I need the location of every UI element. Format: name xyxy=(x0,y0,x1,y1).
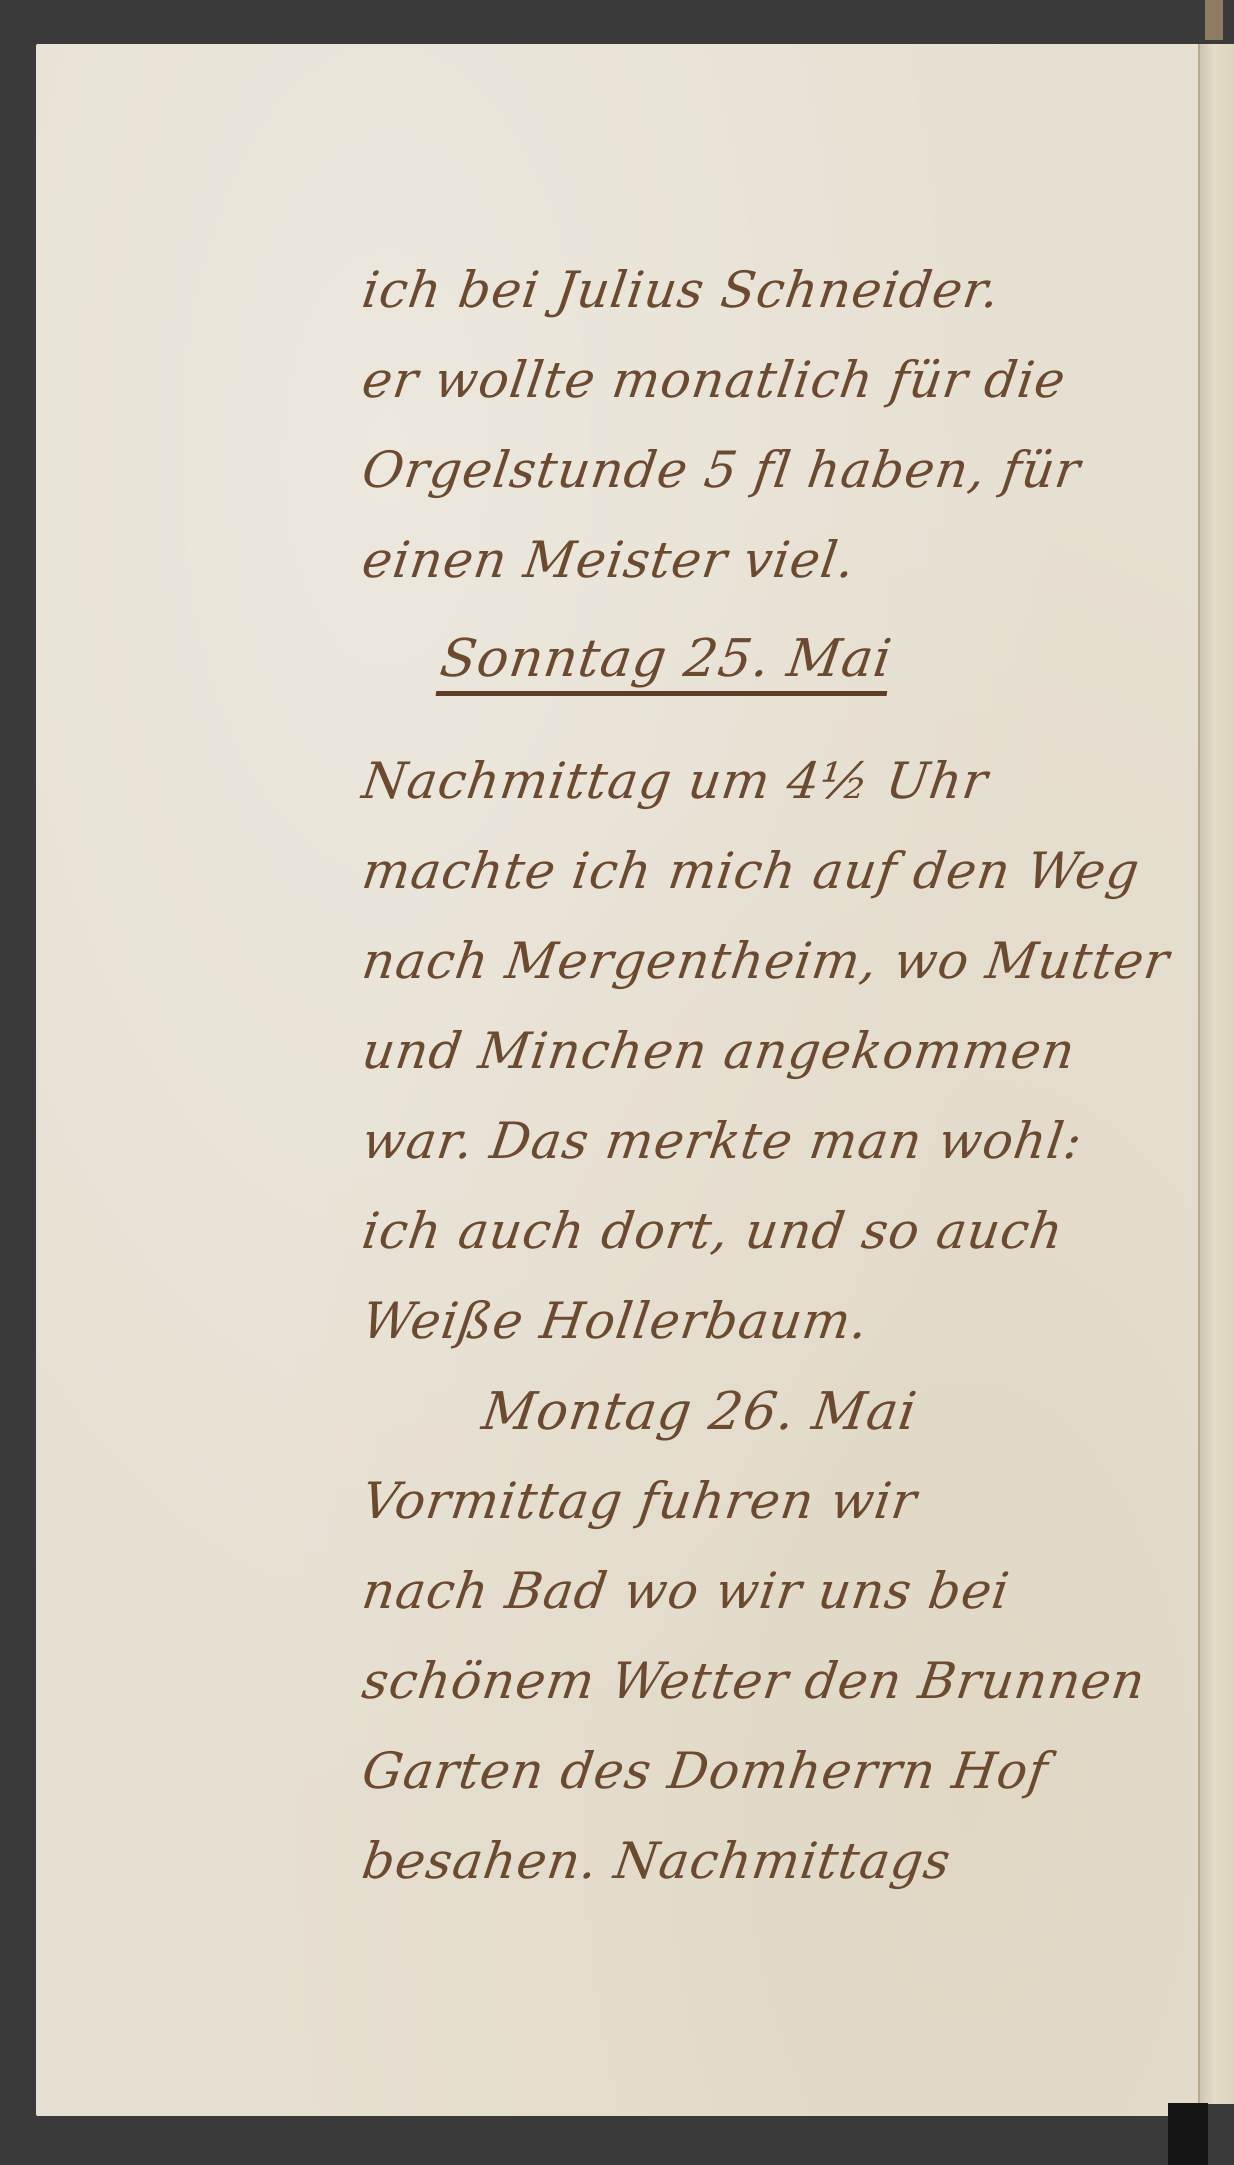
text-line: Vormittag fuhren wir xyxy=(354,1476,1147,1566)
entry-monday-26-may: Montag 26. Mai Vormittag fuhren wir nach… xyxy=(360,1386,1140,1926)
text-line: Orgelstunde 5 fl haben, für xyxy=(354,445,1147,535)
entry-heading: Sonntag 25. Mai xyxy=(436,633,896,696)
text-line: einen Meister viel. xyxy=(354,535,1147,625)
entry-continuation: ich bei Julius Schneider. er wollte mona… xyxy=(360,265,1140,625)
page-fold-edge xyxy=(1198,44,1234,2104)
binding-bottom xyxy=(1168,2103,1208,2165)
text-line: machte ich mich auf den Weg xyxy=(354,846,1147,936)
text-line: war. Das merkte man wohl: xyxy=(354,1116,1147,1206)
text-line: Garten des Domherrn Hof xyxy=(354,1746,1147,1836)
text-line: schönem Wetter den Brunnen xyxy=(354,1656,1147,1746)
text-line: besahen. Nachmittags xyxy=(354,1836,1147,1926)
binding-top xyxy=(1205,0,1223,40)
text-line: nach Bad wo wir uns bei xyxy=(354,1566,1147,1656)
text-line: Nachmittag um 4½ Uhr xyxy=(354,756,1147,846)
text-line: ich bei Julius Schneider. xyxy=(354,265,1147,355)
text-line: er wollte monatlich für die xyxy=(354,355,1147,445)
text-line: und Minchen angekommen xyxy=(354,1026,1147,1116)
text-line: ich auch dort, und so auch xyxy=(354,1206,1147,1296)
entry-sunday-25-may: Sonntag 25. Mai Nachmittag um 4½ Uhr mac… xyxy=(360,625,1140,1386)
text-line: Weiße Hollerbaum. xyxy=(354,1296,1147,1386)
entry-heading: Montag 26. Mai xyxy=(474,1386,1147,1476)
text-line: nach Mergentheim, wo Mutter xyxy=(354,936,1147,1026)
handwritten-text: ich bei Julius Schneider. er wollte mona… xyxy=(360,265,1140,1926)
